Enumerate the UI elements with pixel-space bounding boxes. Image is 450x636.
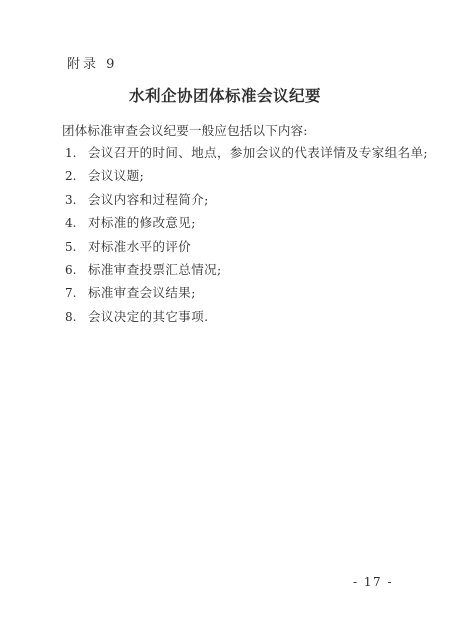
list-item-text: 会议决定的其它事项.: [88, 307, 208, 325]
list-item: 2. 会议议题;: [65, 166, 430, 189]
list-item: 6. 标准审查投票汇总情况;: [65, 260, 430, 283]
list-item-number: 5.: [65, 240, 79, 254]
document-page: 附录 9 水利企协团体标准会议纪要 团体标准审查会议纪要一般应包括以下内容: 1…: [0, 0, 450, 636]
list-item-number: 4.: [65, 216, 79, 230]
list-item-text: 会议议题;: [88, 166, 144, 184]
list-item-text: 对标准水平的评价: [88, 237, 191, 255]
list-item-number: 7.: [65, 286, 79, 300]
list-item: 5. 对标准水平的评价: [65, 237, 430, 260]
appendix-label: 附录 9: [67, 53, 117, 72]
list-item: 3. 会议内容和过程简介;: [65, 190, 430, 213]
list-item-text: 标准审查投票汇总情况;: [88, 260, 222, 278]
list-item-number: 2.: [65, 169, 79, 183]
list-item-number: 1.: [65, 146, 79, 160]
page-number: - 17 -: [353, 575, 393, 589]
list-item-text: 会议召开的时间、地点，参加会议的代表详情及专家组名单;: [88, 143, 428, 161]
list-item-number: 3.: [65, 193, 79, 207]
list-item: 7. 标准审查会议结果;: [65, 283, 430, 306]
list-item-number: 8.: [65, 310, 79, 324]
list-item-text: 对标准的修改意见;: [88, 213, 196, 231]
numbered-list: 1. 会议召开的时间、地点，参加会议的代表详情及专家组名单; 2. 会议议题; …: [65, 143, 430, 330]
list-item-number: 6.: [65, 263, 79, 277]
list-item: 1. 会议召开的时间、地点，参加会议的代表详情及专家组名单;: [65, 143, 430, 166]
list-item-text: 会议内容和过程简介;: [88, 190, 209, 208]
list-item: 4. 对标准的修改意见;: [65, 213, 430, 236]
document-title: 水利企协团体标准会议纪要: [0, 84, 450, 106]
intro-line: 团体标准审查会议纪要一般应包括以下内容:: [62, 121, 308, 139]
list-item: 8. 会议决定的其它事项.: [65, 307, 430, 330]
list-item-text: 标准审查会议结果;: [88, 283, 196, 301]
